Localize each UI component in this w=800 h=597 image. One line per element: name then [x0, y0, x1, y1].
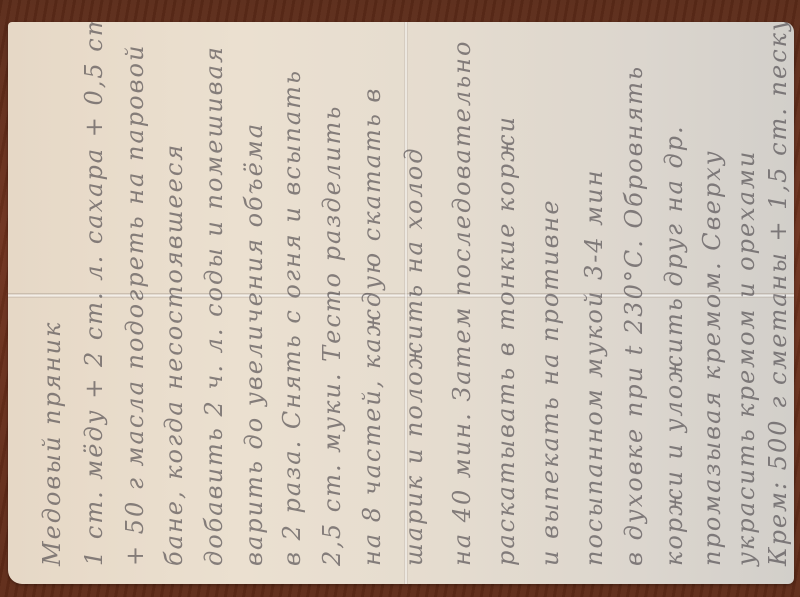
letter-line: коржи и уложить друг на др.: [660, 124, 688, 566]
letter-line: + 50 г масла подогреть на паровой: [121, 44, 149, 566]
letter-line: 2,5 ст. муки. Тесто разделить: [318, 105, 346, 566]
letter-line: бане, когда несостоявшееся: [160, 143, 188, 566]
letter-line: Крем: 500 г сметаны + 1,5 ст. песку: [764, 22, 792, 566]
letter-line: добавить 2 ч. л. соды и помешивая: [200, 45, 228, 566]
letter-title: Медовый пряник: [38, 321, 66, 566]
letter-line: на 40 мин. Затем последовательно: [448, 40, 476, 566]
letter-line: промазывая кремом. Сверху: [698, 149, 726, 566]
letter-line: раскатывать в тонкие коржи: [492, 115, 520, 566]
letter-paper: Медовый пряник 1 ст. мёду + 2 ст. л. сах…: [8, 22, 794, 584]
letter-line: 1 ст. мёду + 2 ст. л. сахара + 0,5 ст. п…: [80, 22, 108, 566]
letter-line: шарик и положить на холод: [400, 147, 428, 566]
letter-line: и выпекать на противне: [536, 198, 564, 566]
handwritten-lines: Медовый пряник 1 ст. мёду + 2 ст. л. сах…: [8, 22, 794, 584]
letter-line: на 8 частей, каждую скатать в: [358, 87, 386, 566]
letter-line: варить до увеличения объёма: [240, 122, 268, 566]
letter-line: украсить кремом и орехами: [732, 150, 760, 566]
letter-line: посыпанном мукой 3-4 мин: [580, 169, 608, 566]
letter-line: в духовке при t 230°С. Обровнять: [620, 65, 648, 566]
letter-line: в 2 раза. Снять с огня и всыпать: [278, 69, 306, 566]
